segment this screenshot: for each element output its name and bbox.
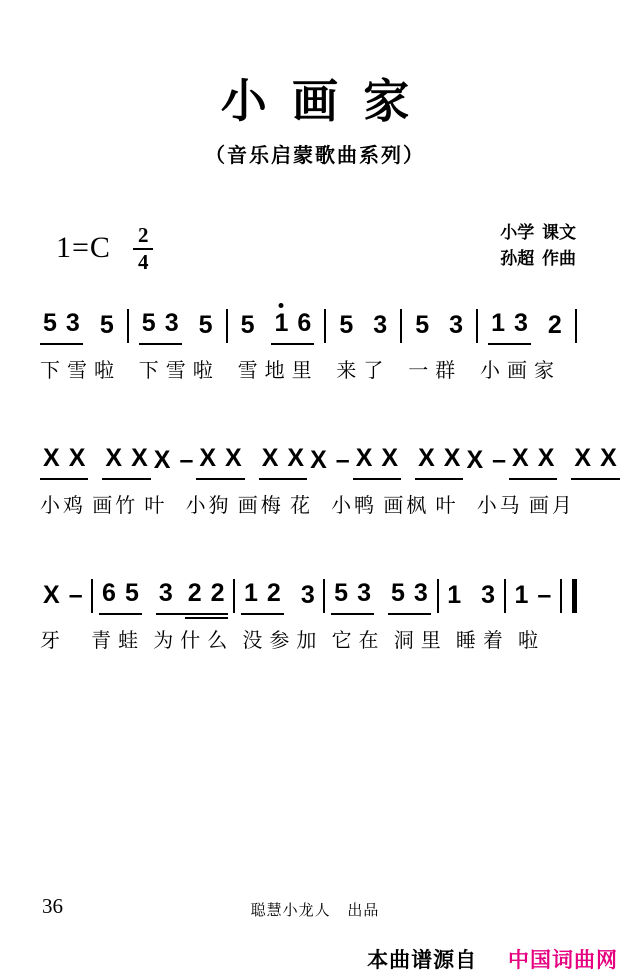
final-barline (560, 579, 577, 613)
note: X (381, 445, 398, 473)
note: – (336, 447, 350, 475)
lyric-segment: 它在 (332, 629, 386, 654)
note-unit: 53 (331, 578, 374, 615)
note: X (131, 445, 148, 473)
measure: 516 (238, 308, 315, 345)
lyric-segment: 画枫 (383, 494, 429, 519)
song-subtitle: （音乐启蒙歌曲系列） (0, 139, 630, 168)
note: 6 (102, 580, 116, 608)
note: 3 (414, 580, 428, 608)
lyric-segment: 画梅 (238, 494, 284, 519)
note: X (262, 445, 279, 473)
note: X (69, 445, 86, 473)
lyric-segment: 小鸭 (331, 494, 377, 519)
note: 3 (373, 312, 387, 340)
lyric-segment: 睡着 (456, 629, 510, 654)
note: 5 (125, 580, 139, 608)
note-high-octave: 1 (274, 310, 288, 338)
notes-row: X–653221235353131– (40, 575, 577, 615)
barline (504, 579, 506, 613)
note: X (43, 445, 60, 473)
lyrics-row: 小鸡画竹叶小狗画梅花小鸭画枫叶小马画月 (40, 494, 577, 519)
note: X (600, 445, 617, 473)
key-time-group: 1=C 2 4 (56, 224, 153, 273)
note: 3 (449, 312, 463, 340)
barline (324, 309, 326, 343)
score-system: 5355355165353132下雪啦下雪啦雪地里来了一群小画家 (40, 305, 577, 384)
note: – (179, 447, 193, 475)
lyric-segment: 青蛙 (91, 629, 145, 654)
note-unit: 13 (488, 308, 531, 345)
score-system: XXXXX–XXXXX–XXXXX–XXXX小鸡画竹叶小狗画梅花小鸭画枫叶小马画… (40, 440, 577, 519)
note: X (154, 447, 171, 475)
score: 5355355165353132下雪啦下雪啦雪地里来了一群小画家XXXXX–XX… (40, 305, 577, 654)
lyric-segment: 小马 (477, 494, 523, 519)
measure: X– (307, 445, 353, 480)
publisher-credit: 聪慧小龙人 出品 (0, 899, 630, 920)
lyric-segment: 一群 (408, 359, 462, 384)
note-unit: 12 (241, 578, 284, 615)
note: X (225, 445, 242, 473)
note: 1 (244, 580, 258, 608)
lyric-segment: 下雪啦 (139, 359, 220, 384)
time-signature: 2 4 (133, 224, 154, 273)
lyric-segment: 小鸡 (40, 494, 86, 519)
note: X (199, 445, 216, 473)
lyric-segment: 叶 (436, 494, 459, 519)
lyric-segment: 花 (290, 494, 313, 519)
lyric-segment: 来了 (336, 359, 390, 384)
score-system: X–653221235353131–牙青蛙为什么没参加它在洞里睡着啦 (40, 575, 577, 654)
note: 3 (301, 582, 315, 610)
note: 5 (199, 312, 213, 340)
note: X (310, 447, 327, 475)
note: 3 (514, 310, 528, 338)
note-unit: X– (40, 580, 86, 615)
note: 2 (267, 580, 281, 608)
measure: X– (40, 580, 86, 615)
note: 5 (339, 312, 353, 340)
song-title: 小画家 (0, 78, 630, 124)
note: 5 (241, 312, 255, 340)
note: – (492, 447, 506, 475)
measure: X– (463, 445, 509, 480)
measure: 1– (511, 580, 554, 615)
note: – (69, 582, 83, 610)
notes-row: XXXXX–XXXXX–XXXXX–XXXX (40, 440, 577, 480)
barline (323, 579, 325, 613)
note-unit: X– (151, 445, 197, 480)
note-unit: 3 (478, 580, 498, 615)
measure: X– (151, 445, 197, 480)
lyrics-row: 下雪啦下雪啦雪地里来了一群小画家 (40, 359, 577, 384)
lyric-segment: 为什么 (153, 629, 234, 654)
source-prefix-label: 本曲谱源自 (367, 949, 477, 972)
note-unit: 5 (336, 310, 356, 345)
note-unit: XX (415, 443, 463, 480)
lyric-segment: 牙 (40, 629, 67, 654)
source-attribution: 本曲谱源自 中国词曲网 (367, 944, 618, 974)
note-unit: 16 (271, 308, 314, 345)
barline (233, 579, 235, 613)
note: X (512, 445, 529, 473)
lyric-segment: 叶 (144, 494, 167, 519)
note-unit: XX (102, 443, 150, 480)
sheet-music-page: 小画家 （音乐启蒙歌曲系列） 1=C 2 4 小学 课文 孙超 作曲 53553… (0, 0, 630, 976)
note: X (574, 445, 591, 473)
note-unit: 22 (185, 578, 228, 615)
note: 3 (66, 310, 80, 338)
note-unit: XX (571, 443, 619, 480)
note-unit: 53 (40, 308, 83, 345)
note-unit: 53 (388, 578, 431, 615)
measure: 53 (412, 310, 466, 345)
note-unit: 1– (511, 580, 554, 615)
note-unit: 2 (545, 310, 565, 345)
note-unit: 5 (196, 310, 216, 345)
lyric-segment: 画月 (529, 494, 575, 519)
note: 3 (159, 580, 173, 608)
note-unit: XX (353, 443, 401, 480)
note: – (537, 582, 551, 610)
lyrics-row: 牙青蛙为什么没参加它在洞里睡着啦 (40, 629, 577, 654)
note: 5 (415, 312, 429, 340)
note-unit: X– (463, 445, 509, 480)
note: X (444, 445, 461, 473)
lyric-segment: 画竹 (92, 494, 138, 519)
notes-row: 5355355165353132 (40, 305, 577, 345)
measure: 535 (40, 308, 117, 345)
note: 6 (297, 310, 311, 338)
note: 2 (548, 312, 562, 340)
credits: 小学 课文 孙超 作曲 (500, 220, 576, 273)
lyric-segment: 雪地里 (238, 359, 319, 384)
lyric-segment: 没参加 (242, 629, 323, 654)
lyric-segment: 下雪啦 (40, 359, 121, 384)
measure: XXXX (196, 443, 307, 480)
note: X (466, 447, 483, 475)
key-row: 1=C 2 4 小学 课文 孙超 作曲 (56, 220, 576, 273)
note-unit: 3 (298, 580, 318, 615)
lyric-segment: 小画家 (480, 359, 561, 384)
note: 1 (491, 310, 505, 338)
note-unit: 5 (238, 310, 258, 345)
note: 5 (142, 310, 156, 338)
note-unit: 5 (412, 310, 432, 345)
key-signature: 1=C (56, 231, 111, 265)
credit-composer: 孙超 作曲 (500, 246, 576, 272)
measure: 123 (241, 578, 318, 615)
barline (226, 309, 228, 343)
note: 5 (100, 312, 114, 340)
note: 3 (481, 582, 495, 610)
barline (437, 579, 439, 613)
measure: 53 (336, 310, 390, 345)
note: 5 (43, 310, 57, 338)
note-unit: 53 (139, 308, 182, 345)
measure: XXXX (40, 443, 151, 480)
note-unit: XX (40, 443, 88, 480)
note-unit: 65 (99, 578, 142, 615)
note-unit: 3 (446, 310, 466, 345)
note: 3 (357, 580, 371, 608)
note: X (287, 445, 304, 473)
note-unit: 3 (156, 578, 185, 615)
note: X (418, 445, 435, 473)
note-unit: XX (509, 443, 557, 480)
note-unit: X– (307, 445, 353, 480)
note-unit: 1 (444, 580, 464, 615)
lyric-segment: 洞里 (394, 629, 448, 654)
note-unit: XX (259, 443, 307, 480)
barline (476, 309, 478, 343)
barline (400, 309, 402, 343)
note: 1 (514, 582, 528, 610)
measure: 5353 (331, 578, 431, 615)
measure: XXXX (509, 443, 620, 480)
note: X (356, 445, 373, 473)
note: X (105, 445, 122, 473)
note-unit: XX (196, 443, 244, 480)
note: X (538, 445, 555, 473)
source-site-link[interactable]: 中国词曲网 (508, 949, 618, 972)
measure: 65322 (99, 578, 228, 615)
measure: XXXX (353, 443, 464, 480)
measure: 132 (488, 308, 565, 345)
lyric-segment: 啦 (518, 629, 545, 654)
note: 5 (391, 580, 405, 608)
note: 2 (188, 580, 202, 608)
note-unit: 3 (370, 310, 390, 345)
note-unit: 5 (97, 310, 117, 345)
note: 2 (211, 580, 225, 608)
barline (127, 309, 129, 343)
barline (91, 579, 93, 613)
credit-lyricist: 小学 课文 (500, 220, 576, 246)
note: 3 (165, 310, 179, 338)
note: X (43, 582, 60, 610)
measure: 13 (444, 580, 498, 615)
time-signature-denominator: 4 (133, 250, 154, 273)
measure: 535 (139, 308, 216, 345)
note: 1 (447, 582, 461, 610)
time-signature-numerator: 2 (133, 224, 154, 250)
lyric-segment: 小狗 (186, 494, 232, 519)
barline (575, 309, 577, 343)
note: 5 (334, 580, 348, 608)
